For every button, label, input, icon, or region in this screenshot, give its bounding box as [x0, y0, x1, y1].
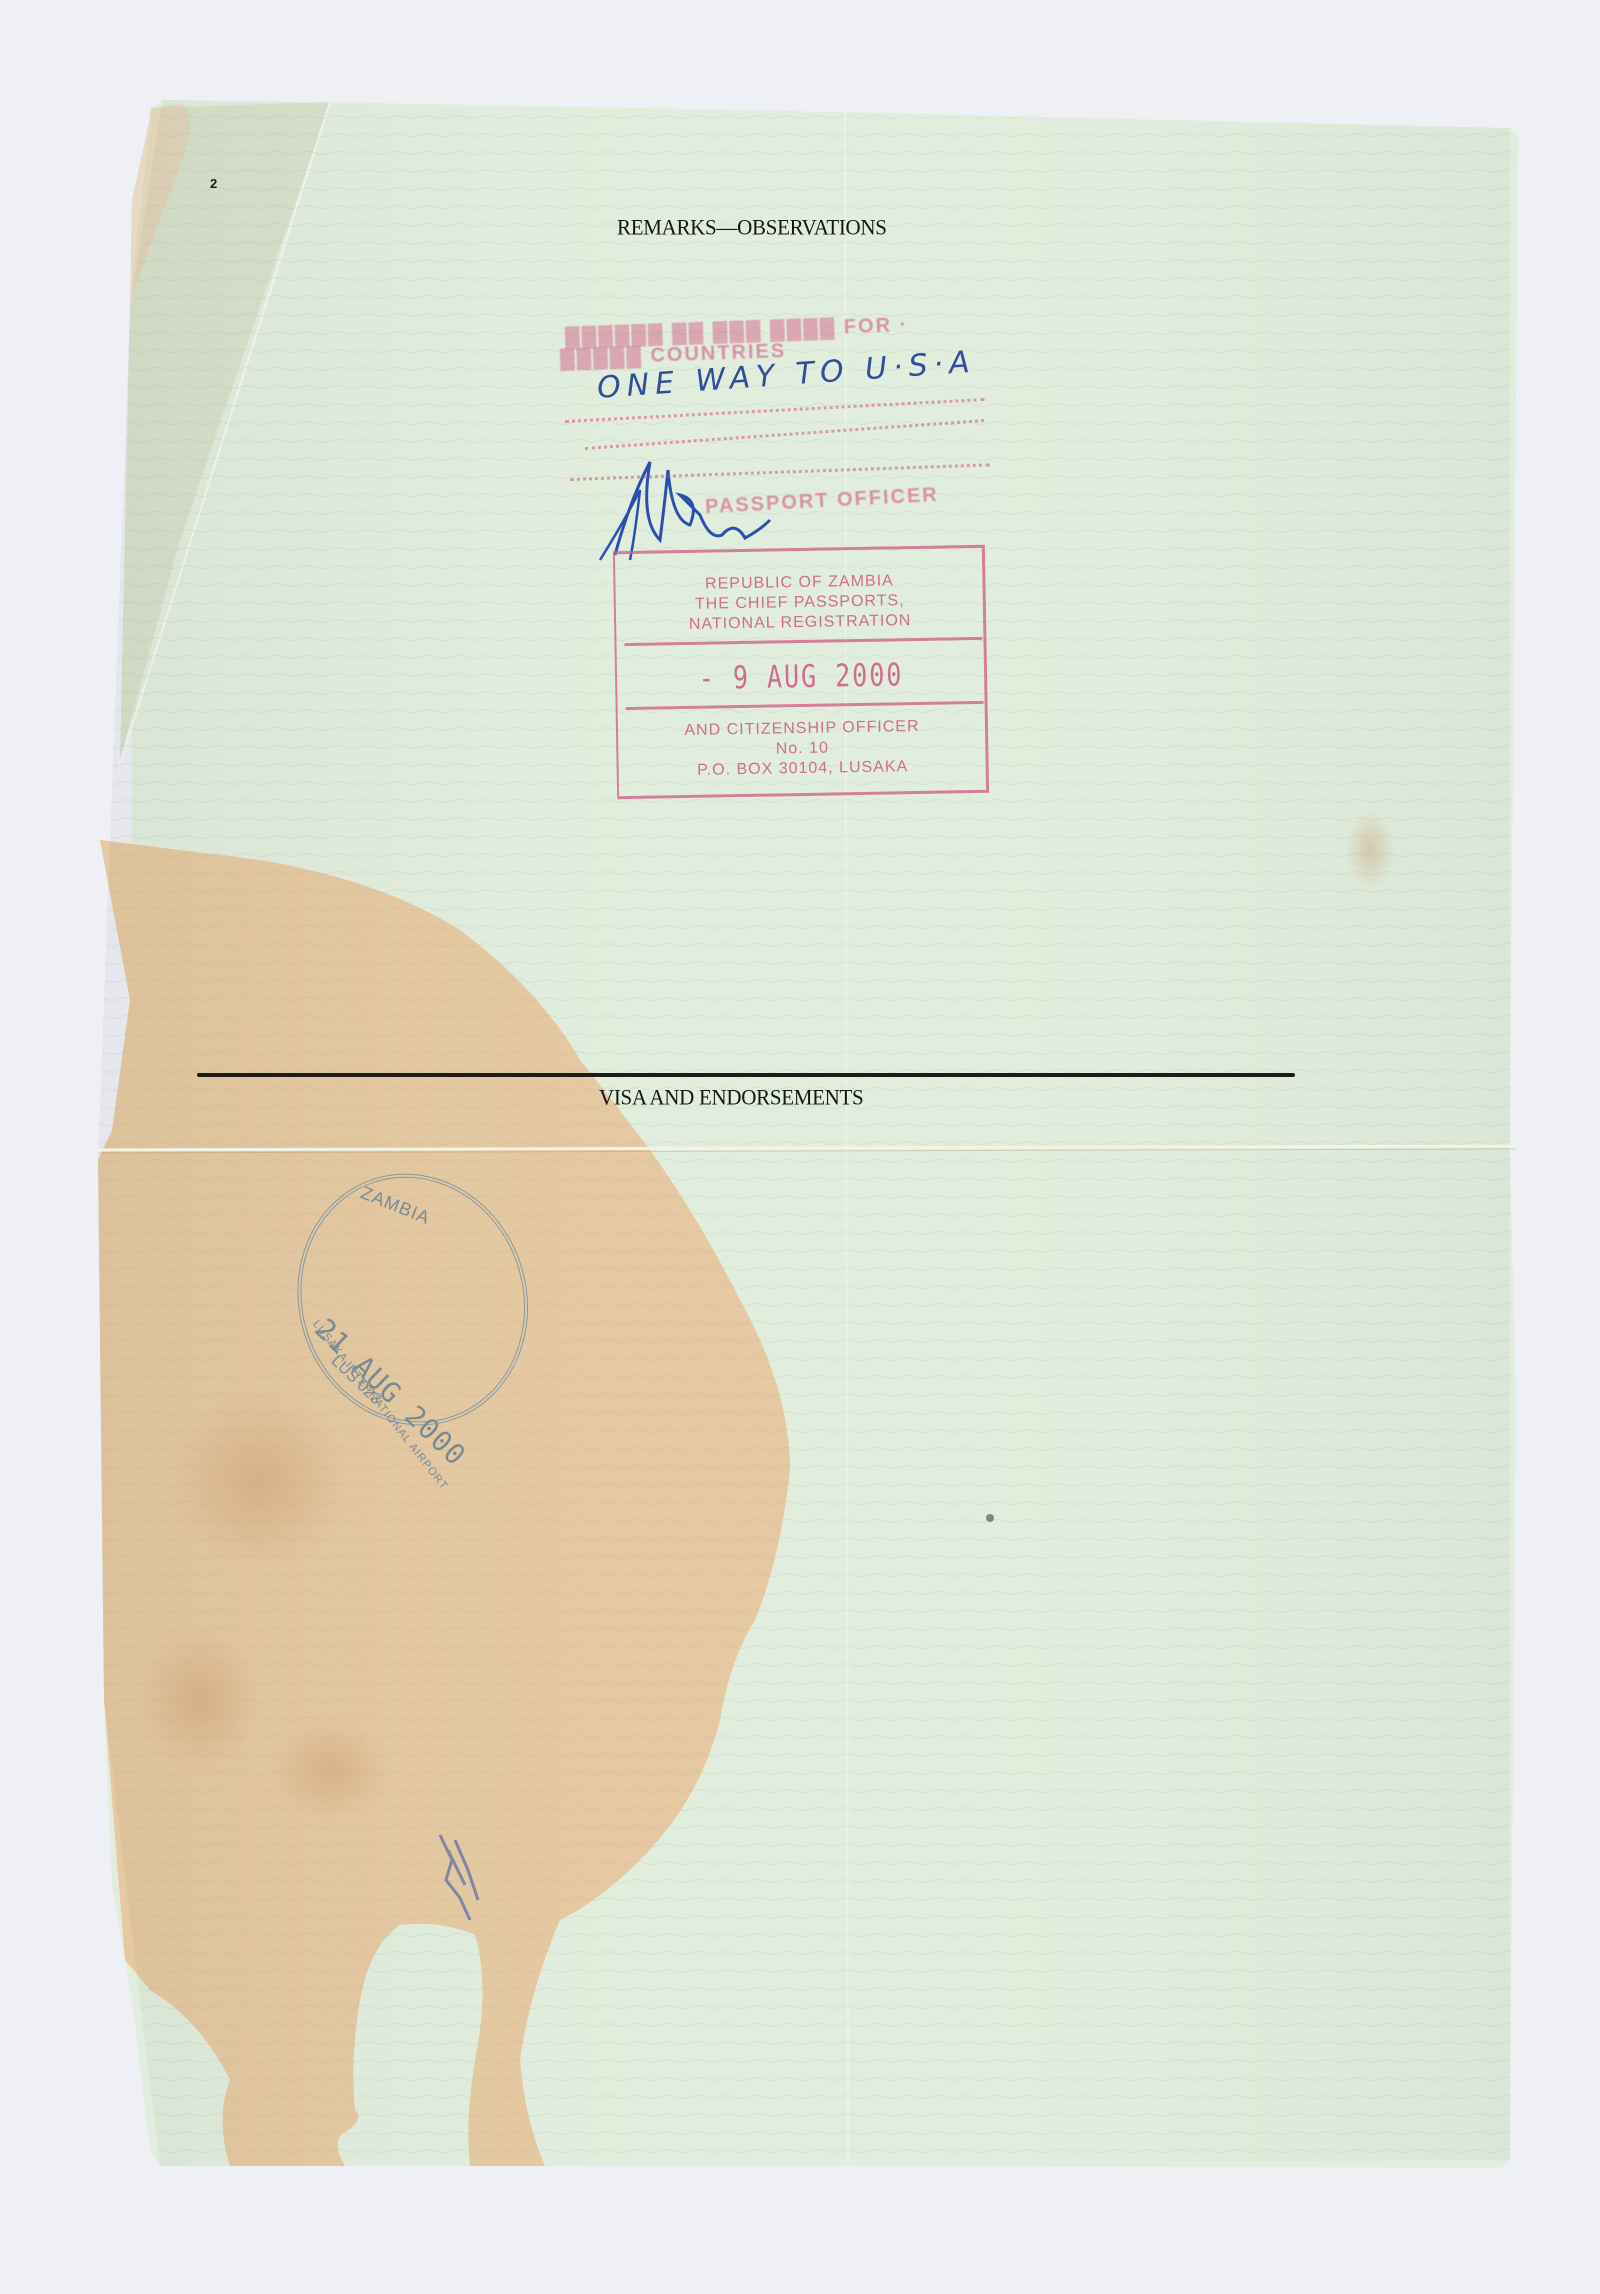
visa-heading: VISA AND ENDORSEMENTS: [599, 1084, 863, 1110]
page-number: 2: [210, 176, 217, 191]
entry-stamp: ZAMBIA 21 AUG 2000 LUS 023 LUSAKA INTERN…: [265, 1142, 563, 1451]
dotted-line: [570, 463, 990, 481]
stamp-date: - 9 AUG 2000: [615, 655, 988, 698]
dotted-line: [585, 419, 984, 450]
smudged-stamp-line: PASSPORT OFFICER: [705, 484, 940, 519]
remarks-heading: REMARKS—OBSERVATIONS: [617, 214, 887, 240]
section-divider: [197, 1073, 1295, 1077]
document-photo: 2 REMARKS—OBSERVATIONS ▓▓▓▓▓▓ ▓▓ ▓▓▓ ▓▓▓…: [0, 0, 1600, 2294]
passport-office-stamp: REPUBLIC OF ZAMBIA THE CHIEF PASSPORTS, …: [613, 545, 989, 799]
